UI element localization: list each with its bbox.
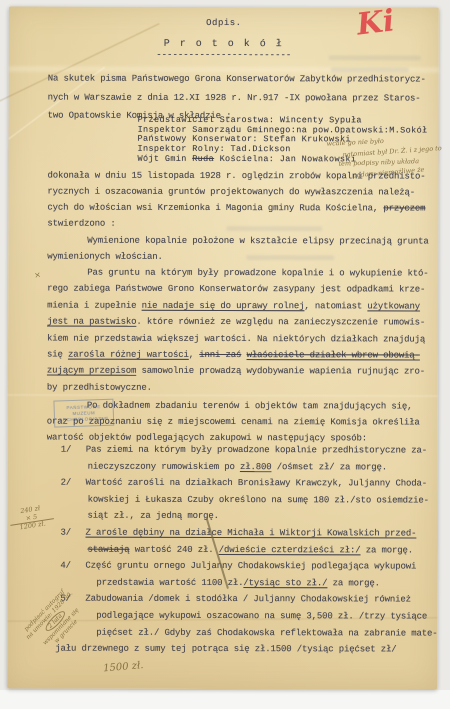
typed-line: się zarośla różnej wartości, inni zaś wł… (47, 347, 428, 364)
item-text: stawiają wartość 240 zł. /dwieście czter… (87, 544, 413, 555)
mines-paragraph: Wymienione kopalnie położone w kształcie… (47, 233, 428, 266)
title-underline: ------------------------- (9, 49, 439, 60)
numbered-item: 4/Część gruntu ornego Juljanny Chodakows… (46, 558, 438, 592)
margin-tick: × (33, 271, 43, 279)
typed-line: wymienionych włościan. (47, 249, 428, 266)
typed-line: jest na pastwisko. które również ze wzgl… (47, 314, 428, 331)
numbered-item: 1/Pas ziemi na którym były prowadzone ko… (47, 442, 439, 476)
item-number: 3/ (60, 525, 71, 542)
item-line: podlegające wykupowi oszacowano na sumę … (46, 607, 438, 625)
item-line: 1/Pas ziemi na którym były prowadzone ko… (47, 442, 439, 460)
valuation-items: 1/Pas ziemi na którym były prowadzone ko… (46, 442, 439, 659)
land-strip-paragraph: Pas gruntu na którym były prowadzone kop… (47, 265, 429, 397)
item-line: nieczyszczony rumowiskiem po zł.800 /ośm… (47, 458, 439, 476)
item-number: 1/ (61, 442, 72, 459)
red-crayon-mark: Ki (355, 3, 396, 42)
stamp-line: ARCHEOLOGICZNE (55, 416, 113, 424)
item-number: 2/ (61, 475, 72, 492)
item-line: pięćset zł./ Gdyby zaś Chodakowska refle… (46, 624, 438, 642)
item-line: 3/Z arośle dębiny na działce Michała i W… (46, 525, 438, 543)
item-line: 2/Wartość zarośli na działkach Bronisław… (47, 475, 439, 493)
item-line: przedstawia wartość 1100 zł./tysiąc sto … (46, 574, 438, 592)
item-text: Zabudowania /domek i stodółka / Juljanny… (85, 594, 411, 605)
typed-line: by przedhistowyczne. (47, 379, 428, 396)
paper-sheet: Odpis. P r o t o k ó ł -----------------… (7, 6, 439, 689)
item-line: siąt zł., za jedną morgę. (47, 508, 439, 526)
numbered-item: 5/Zabudowania /domek i stodółka / Juljan… (46, 591, 438, 658)
scan-backdrop (0, 690, 450, 709)
typed-line: Pas gruntu na którym były prowadzone kop… (47, 265, 428, 282)
pencil-sum: 1500 zł. (103, 660, 144, 674)
item-text: Część gruntu ornego Juljanny Chodakowski… (85, 561, 416, 572)
item-text: Z arośle dębiny na działce Michała i Wik… (86, 528, 417, 539)
item-text: Pas ziemi na którym były prowadzone kopa… (86, 445, 427, 456)
item-text: siąt zł., za jedną morgę. (88, 511, 219, 521)
item-line: 4/Część gruntu ornego Juljanny Chodakows… (46, 558, 438, 576)
typed-line: Na skutek pisma Państwowego Grona Konser… (48, 70, 426, 89)
item-text: nieczyszczony rumowiskiem po zł.800 /ośm… (88, 461, 387, 472)
typed-line: stwierdzono : (47, 216, 425, 233)
typed-line: kiem nie przedstawia większej wartości. … (47, 330, 428, 347)
item-text: przedstawia wartość 1100 zł./tysiąc sto … (96, 577, 380, 588)
item-text: pięćset zł./ Gdyby zaś Chodakowska refle… (96, 627, 437, 638)
item-text: jału drzewnego z sumy tej potrąca się zł… (55, 644, 396, 655)
typed-line: cych do włościan wsi Krzemionka i Magoni… (47, 200, 425, 217)
typed-line: zującym przepisom samowolnie prowadzą wy… (47, 363, 428, 380)
item-text: podlegające wykupowi oszacowano na sumę … (96, 611, 427, 622)
typed-line: nych w Warszawie z dnia 12.XI 1928 r. Nr… (48, 88, 426, 107)
typed-line: rycznych i oszacowania gruntów projektow… (47, 184, 425, 201)
item-text: kowskiej i Łukasza Czuby określono na su… (88, 494, 429, 505)
typed-line: dokonała w dniu 15 listopada 1928 r. ogl… (47, 169, 425, 186)
typed-line: mienia i zupełnie nie nadaje się do upra… (47, 297, 428, 314)
typed-line: rego zabiega Państwowe Grono Konserwator… (47, 281, 428, 298)
item-line: stawiają wartość 240 zł. /dwieście czter… (46, 541, 438, 559)
item-line: jału drzewnego z sumy tej potrąca się zł… (46, 641, 438, 659)
numbered-item: 2/Wartość zarośli na działkach Bronisław… (47, 475, 439, 526)
inspection-paragraph: dokonała w dniu 15 listopada 1928 r. ogl… (47, 169, 425, 234)
typed-line: Wymienione kopalnie położone w kształcie… (47, 233, 428, 250)
item-line: kowskiej i Łukasza Czuby określono na su… (47, 491, 439, 509)
item-text: Wartość zarośli na działkach Bronisławy … (86, 478, 427, 489)
document-scan: Odpis. P r o t o k ó ł -----------------… (0, 0, 450, 709)
archive-stamp: PAŃSTWOWE MUZEUM ARCHEOLOGICZNE (53, 399, 114, 428)
item-number: 4/ (60, 558, 71, 575)
numbered-item: 3/Z arośle dębiny na działce Michała i W… (46, 525, 438, 559)
